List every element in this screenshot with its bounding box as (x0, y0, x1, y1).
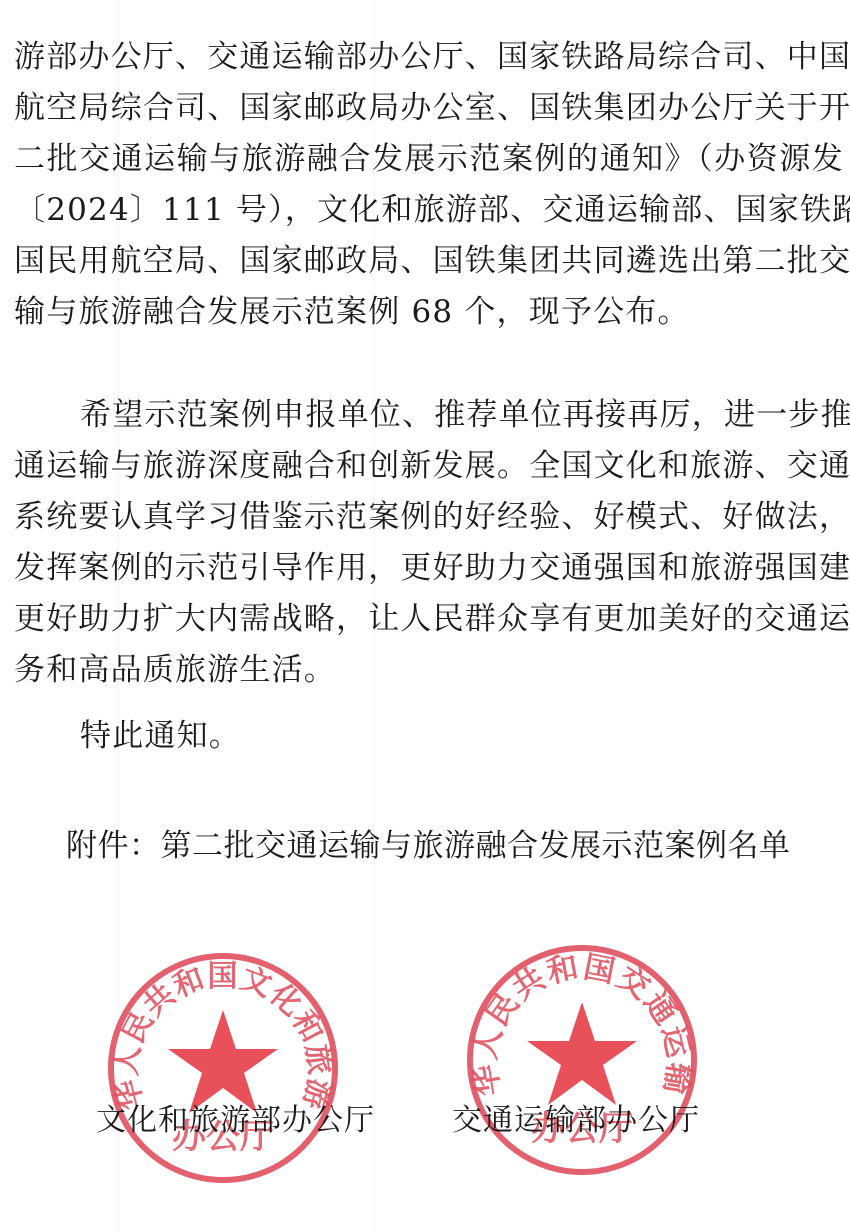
attachment-line: 附件：第二批交通运输与旅游融合发展示范案例名单 (66, 826, 791, 866)
body-line: 发挥案例的示范引导作用，更好助力交通强国和旅游强国建设， (14, 548, 844, 588)
body-line: 通运输与旅游深度融合和创新发展。全国文化和旅游、交通运输 (14, 446, 844, 486)
body-line: 航空局综合司、国家邮政局办公室、国铁集团办公厅关于开展第 (14, 88, 844, 128)
signature-culture-tourism: 文化和旅游部办公厅 (96, 1101, 375, 1141)
body-line: 二批交通运输与旅游融合发展示范案例的通知》（办资源发 (14, 139, 844, 179)
seal-transport-icon: 中华人民共和国交通运输部 办公厅 (462, 940, 702, 1180)
body-line: 更好助力扩大内需战略，让人民群众享有更加美好的交通运输服 (14, 599, 844, 639)
body-line: 〔2024〕111 号），文化和旅游部、交通运输部、国家铁路局、中 (14, 190, 844, 230)
body-line: 游部办公厅、交通运输部办公厅、国家铁路局综合司、中国民用 (14, 37, 844, 77)
body-line: 系统要认真学习借鉴示范案例的好经验、好模式、好做法，充分 (14, 497, 844, 537)
seal-culture-tourism-icon: 中华人民共和国文化和旅游部 办公厅 (103, 948, 343, 1188)
body-line: 输与旅游融合发展示范案例 68 个，现予公布。 (14, 292, 844, 332)
body-line: 希望示范案例申报单位、推荐单位再接再厉，进一步推进交 (80, 395, 844, 435)
closing-text: 特此通知。 (80, 716, 844, 756)
signature-transport: 交通运输部办公厅 (452, 1101, 700, 1141)
body-line: 国民用航空局、国家邮政局、国铁集团共同遴选出第二批交通运 (14, 241, 844, 281)
document-page: 游部办公厅、交通运输部办公厅、国家铁路局综合司、中国民用 航空局综合司、国家邮政… (0, 0, 850, 1232)
body-line: 务和高品质旅游生活。 (14, 650, 844, 690)
